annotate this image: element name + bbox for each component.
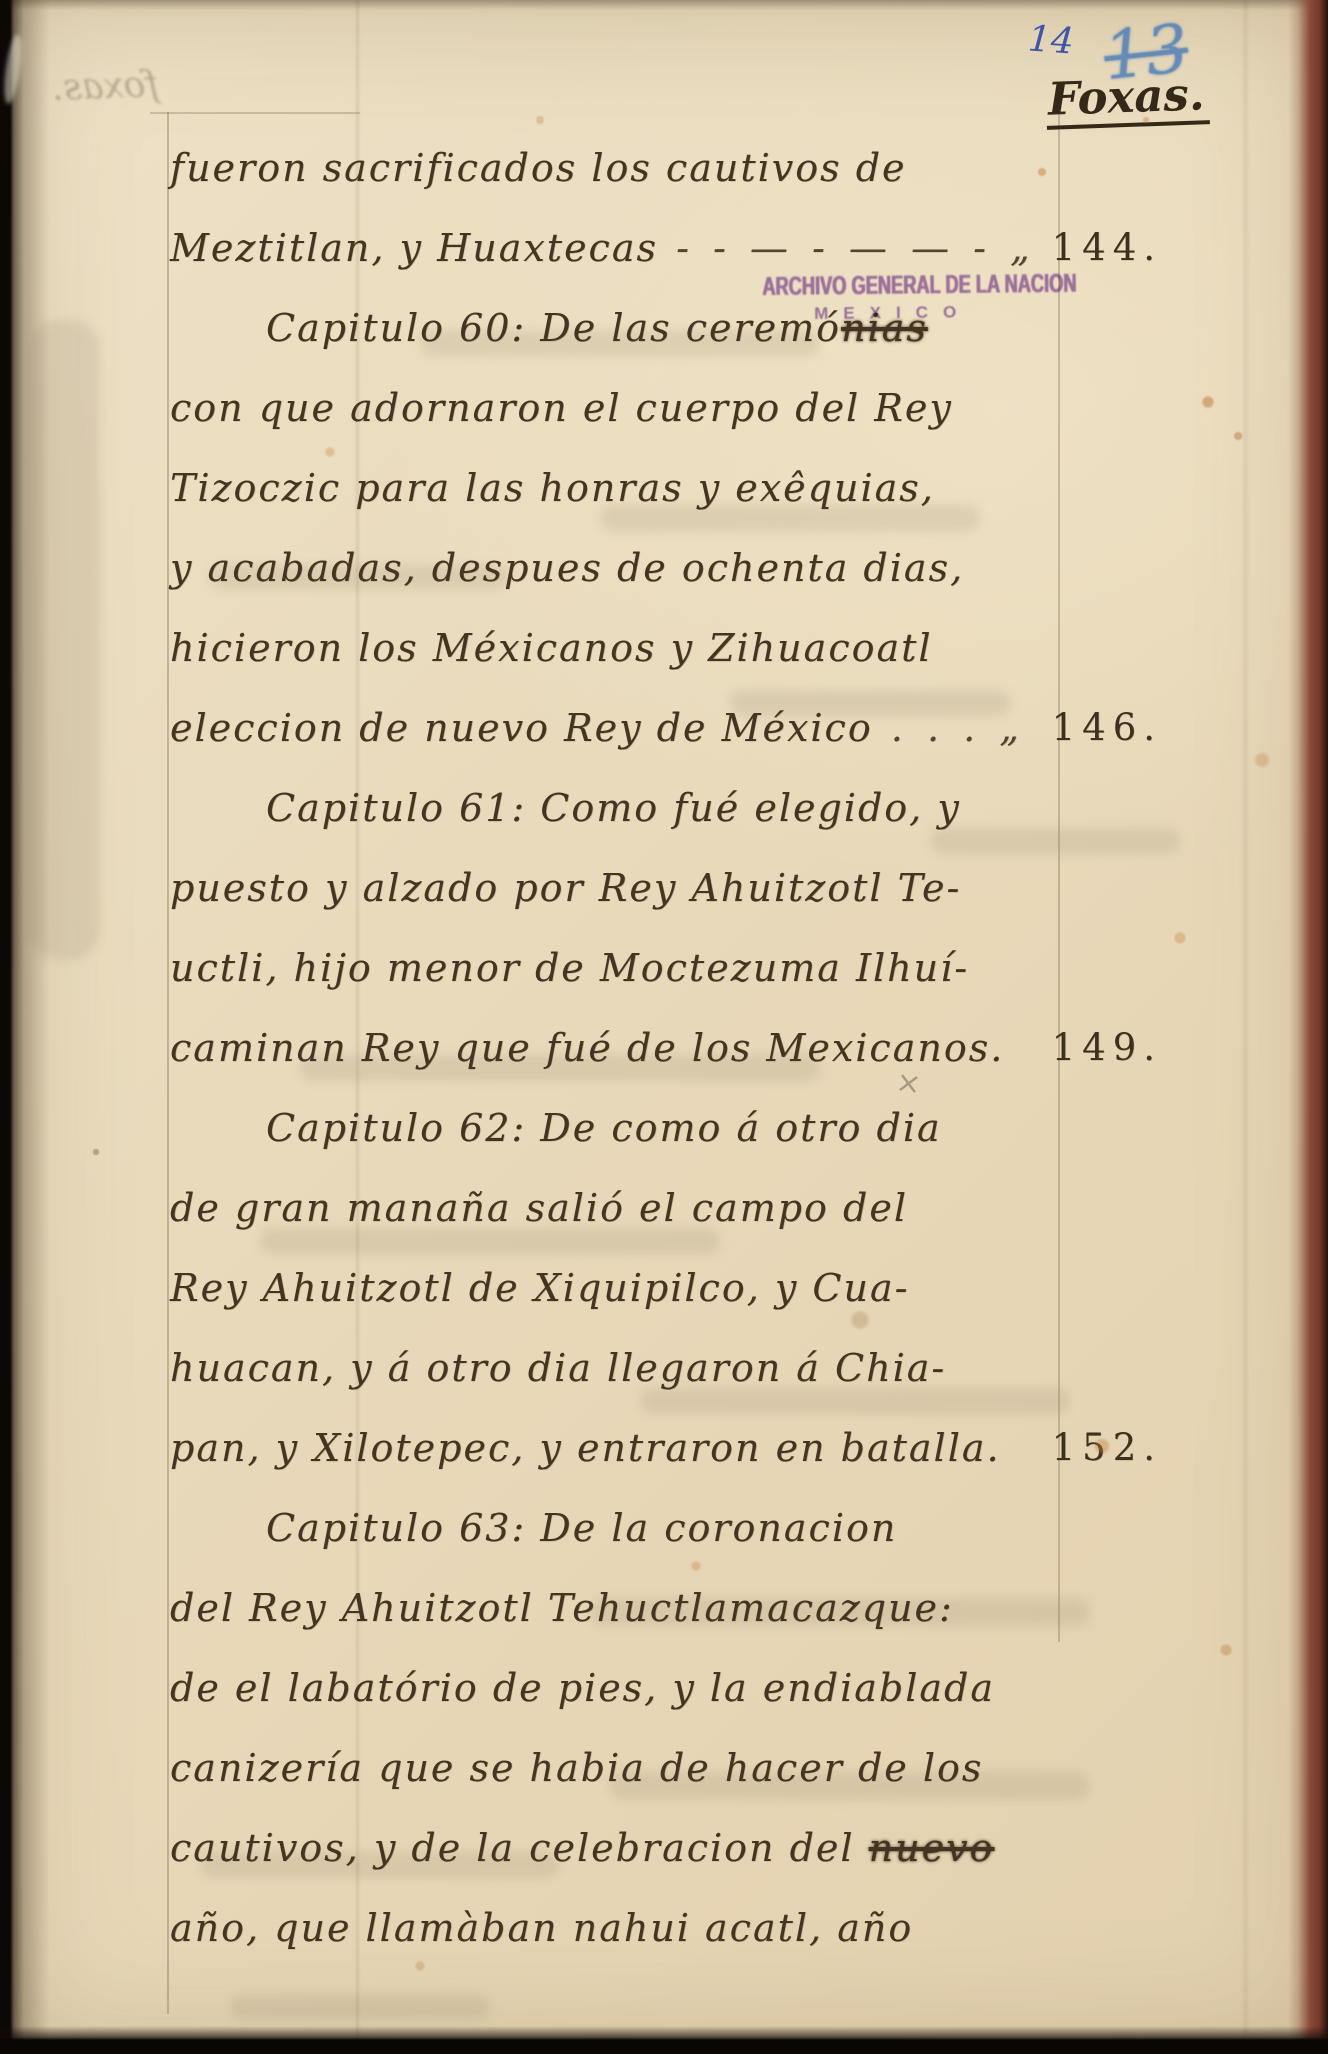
folio-number: 144. xyxy=(1052,208,1162,288)
toc-line: hicieron los Méxicanos y Zihuacoatl xyxy=(170,608,1180,688)
page-title-foxas: Foxas. xyxy=(1045,67,1209,130)
struck-text: nuevo xyxy=(869,1826,995,1870)
toc-line-text: Capitulo 62: De como á otro dia xyxy=(266,1106,942,1150)
toc-line-text: eleccion de nuevo Rey de México xyxy=(170,706,873,750)
struck-text: nias xyxy=(841,306,928,350)
toc-line: Capitulo 63: De la coronacion xyxy=(170,1488,1180,1568)
toc-line-text: de el labatório de pies, y la endiablada xyxy=(170,1666,995,1710)
bleed-through-header-text: foxas. xyxy=(51,64,159,109)
folio-number: 149. xyxy=(1052,1008,1162,1088)
toc-line: eleccion de nuevo Rey de México . . . „1… xyxy=(170,688,1180,768)
toc-line: puesto y alzado por Rey Ahuitzotl Te- xyxy=(170,848,1180,928)
toc-line-text: Meztitlan, y Huaxtecas xyxy=(170,226,658,270)
folio-number: 146. xyxy=(1052,688,1162,768)
toc-line-text: Rey Ahuitzotl de Xiquipilco, y Cua- xyxy=(170,1266,909,1310)
toc-line-text: caminan Rey que fué de los Mexicanos. xyxy=(170,1026,1004,1070)
toc-line: de el labatório de pies, y la endiablada xyxy=(170,1648,1180,1728)
toc-line-text: con que adornaron el cuerpo del Rey xyxy=(170,386,953,430)
toc-line-text: hicieron los Méxicanos y Zihuacoatl xyxy=(170,626,933,670)
toc-line: Capitulo 60: De las ceremónias xyxy=(170,288,1180,368)
toc-line: canizería que se habia de hacer de los xyxy=(170,1728,1180,1808)
toc-line: huacan, y á otro dia llegaron á Chia- xyxy=(170,1328,1180,1408)
page-paper: foxas. 14 13 Foxas. fueron sacrificados … xyxy=(0,0,1328,2054)
page-number-pen: 14 xyxy=(1027,18,1076,62)
toc-line-text: cautivos, y de la celebracion del xyxy=(170,1826,869,1870)
toc-line-text: del Rey Ahuitzotl Tehuctlamacazque: xyxy=(170,1586,954,1630)
filler-marks: - - — - — — - „ xyxy=(658,226,1036,270)
toc-line: del Rey Ahuitzotl Tehuctlamacazque: xyxy=(170,1568,1180,1648)
toc-line: fueron sacrificados los cautivos de xyxy=(170,128,1180,208)
toc-line-text: de gran manaña salió el campo del xyxy=(170,1186,908,1230)
toc-line: y acabadas, despues de ochenta dias, xyxy=(170,528,1180,608)
toc-line: cautivos, y de la celebracion del nuevo xyxy=(170,1808,1180,1888)
folio-number: 152. xyxy=(1052,1408,1162,1488)
toc-line-text: Tizoczic para las honras y exêquias, xyxy=(170,466,935,510)
toc-line: año, que llamàban nahui acatl, año xyxy=(170,1888,1180,1968)
toc-line: Tizoczic para las honras y exêquias, xyxy=(170,448,1180,528)
toc-line: caminan Rey que fué de los Mexicanos.149… xyxy=(170,1008,1180,1088)
toc-line-text: y acabadas, despues de ochenta dias, xyxy=(170,546,964,590)
toc-line-text: Capitulo 61: Como fué elegido, y xyxy=(266,786,961,830)
toc-line-text: canizería que se habia de hacer de los xyxy=(170,1746,983,1790)
margin-rule-top xyxy=(150,112,360,114)
toc-line-text: puesto y alzado por Rey Ahuitzotl Te- xyxy=(170,866,961,910)
toc-line-text: uctli, hijo menor de Moctezuma Ilhuí- xyxy=(170,946,969,990)
toc-line: Capitulo 62: De como á otro dia xyxy=(170,1088,1180,1168)
toc-line-text: fueron sacrificados los cautivos de xyxy=(170,146,907,190)
toc-line: Rey Ahuitzotl de Xiquipilco, y Cua- xyxy=(170,1248,1180,1328)
toc-line-text: Capitulo 60: De las ceremó xyxy=(266,306,841,350)
toc-line: con que adornaron el cuerpo del Rey xyxy=(170,368,1180,448)
toc-line: de gran manaña salió el campo del xyxy=(170,1168,1180,1248)
toc-line: uctli, hijo menor de Moctezuma Ilhuí- xyxy=(170,928,1180,1008)
paper-crease-right xyxy=(1244,0,1247,2054)
toc-line-text: huacan, y á otro dia llegaron á Chia- xyxy=(170,1346,946,1390)
toc-line: pan, y Xilotepec, y entraron en batalla.… xyxy=(170,1408,1180,1488)
toc-text-block: fueron sacrificados los cautivos deMezti… xyxy=(170,128,1180,1968)
toc-line: Meztitlan, y Huaxtecas - - — - — — - „14… xyxy=(170,208,1180,288)
margin-x-mark: × xyxy=(894,1064,924,1102)
toc-line-text: año, que llamàban nahui acatl, año xyxy=(170,1906,913,1950)
toc-line-text: pan, y Xilotepec, y entraron en batalla. xyxy=(170,1426,1001,1470)
bleed-through-smudge xyxy=(230,1995,490,2019)
manuscript-page-photo: foxas. 14 13 Foxas. fueron sacrificados … xyxy=(0,0,1328,2054)
bleed-through-smudge xyxy=(30,320,100,960)
toc-line-text: Capitulo 63: De la coronacion xyxy=(266,1506,897,1550)
margin-rule-left xyxy=(167,112,169,2014)
toc-line: Capitulo 61: Como fué elegido, y xyxy=(170,768,1180,848)
filler-marks: . . . „ xyxy=(873,706,1025,750)
